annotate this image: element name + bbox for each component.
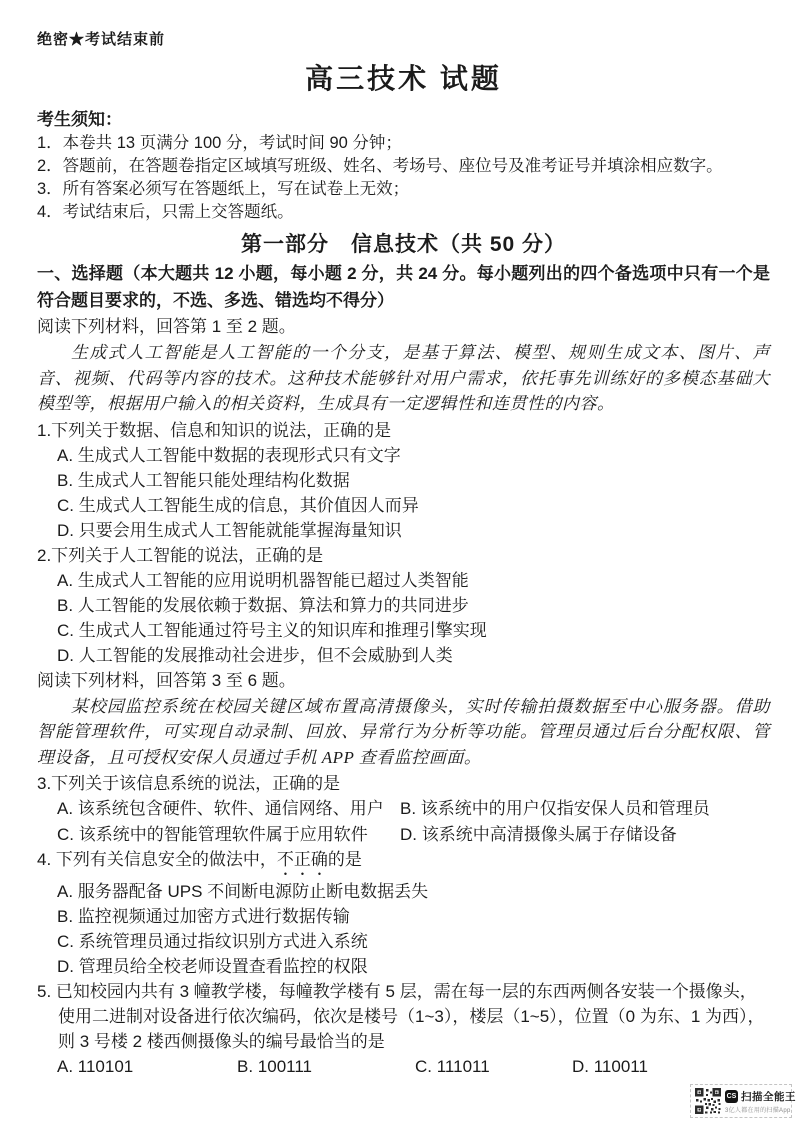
question-3-options-row-1: A. 该系统包含硬件、软件、通信网络、用户 B. 该系统中的用户仅指安保人员和管… (37, 796, 770, 822)
page-content: 绝密★考试结束前 高三技术 试题 考生须知： 1．本卷共 13 页满分 100 … (0, 0, 800, 1080)
material-paragraph-1: 生成式人工智能是人工智能的一个分支，是基于算法、模型、规则生成文本、图片、声音、… (37, 340, 770, 417)
question-4-stem: 4. 下列有关信息安全的做法中，不正确的是 (37, 847, 770, 879)
question-3-options-row-2: C. 该系统中的智能管理软件属于应用软件 D. 该系统中高清摄像头属于存储设备 (37, 822, 770, 848)
question-3: 3.下列关于该信息系统的说法，正确的是 A. 该系统包含硬件、软件、通信网络、用… (37, 771, 770, 847)
reading-intro-2: 阅读下列材料，回答第 3 至 6 题。 (37, 668, 770, 693)
question-5: 5. 已知校园内共有 3 幢教学楼，每幢教学楼有 5 层，需在每一层的东西两侧各… (37, 979, 770, 1080)
question-1-option-d: D. 只要会用生成式人工智能就能掌握海量知识 (37, 518, 770, 543)
question-4-stem-emphasis: 不正确 (277, 850, 328, 869)
question-2-option-a: A. 生成式人工智能的应用说明机器智能已超过人类智能 (37, 568, 770, 593)
question-1-option-a: A. 生成式人工智能中数据的表现形式只有文字 (37, 443, 770, 468)
question-2-stem: 2.下列关于人工智能的说法，正确的是 (37, 543, 770, 568)
watermark-brand-row: CS 扫描全能王 (725, 1089, 787, 1104)
notice-item: 1．本卷共 13 页满分 100 分，考试时间 90 分钟； (37, 132, 770, 155)
question-2-option-c: C. 生成式人工智能通过符号主义的知识库和推理引擎实现 (37, 618, 770, 643)
question-1: 1.下列关于数据、信息和知识的说法，正确的是 A. 生成式人工智能中数据的表现形… (37, 418, 770, 543)
exam-paper-page: 绝密★考试结束前 高三技术 试题 考生须知： 1．本卷共 13 页满分 100 … (0, 0, 800, 1132)
classification-banner: 绝密★考试结束前 (37, 30, 770, 50)
question-1-option-c: C. 生成式人工智能生成的信息，其价值因人而异 (37, 493, 770, 518)
question-3-stem: 3.下列关于该信息系统的说法，正确的是 (37, 771, 770, 796)
multiple-choice-instructions: 一、选择题（本大题共 12 小题，每小题 2 分，共 24 分。每小题列出的四个… (37, 260, 770, 314)
material-paragraph-2: 某校园监控系统在校园关键区域布置高清摄像头，实时传输拍摄数据至中心服务器。借助智… (37, 694, 770, 771)
question-5-stem: 5. 已知校园内共有 3 幢教学楼，每幢教学楼有 5 层，需在每一层的东西两侧各… (37, 979, 770, 1054)
question-1-stem: 1.下列关于数据、信息和知识的说法，正确的是 (37, 418, 770, 443)
question-4-stem-suffix: 的是 (328, 850, 362, 869)
section-heading-part1: 第一部分 信息技术（共 50 分） (37, 230, 770, 260)
question-2-option-b: B. 人工智能的发展依赖于数据、算法和算力的共同进步 (37, 593, 770, 618)
question-4-option-b: B. 监控视频通过加密方式进行数据传输 (37, 904, 770, 929)
watermark-text-block: CS 扫描全能王 3亿人都在用的扫描App (725, 1089, 787, 1114)
question-2: 2.下列关于人工智能的说法，正确的是 A. 生成式人工智能的应用说明机器智能已超… (37, 543, 770, 668)
watermark-app-name: 扫描全能王 (741, 1089, 796, 1104)
notice-item: 3．所有答案必须写在答题纸上，写在试卷上无效； (37, 178, 770, 201)
question-5-option-b: B. 100111 (237, 1054, 415, 1080)
notice-heading: 考生须知： (37, 108, 770, 132)
notice-item: 4．考试结束后，只需上交答题纸。 (37, 201, 770, 224)
question-4: 4. 下列有关信息安全的做法中，不正确的是 A. 服务器配备 UPS 不间断电源… (37, 847, 770, 979)
question-3-option-c: C. 该系统中的智能管理软件属于应用软件 (57, 822, 400, 848)
notice-item: 2．答题前，在答题卷指定区域填写班级、姓名、考场号、座位号及准考证号并填涂相应数… (37, 155, 770, 178)
question-5-option-a: A. 110101 (57, 1054, 237, 1080)
question-5-option-d: D. 110011 (572, 1054, 648, 1080)
camscanner-logo-icon: CS (725, 1090, 738, 1103)
question-1-option-b: B. 生成式人工智能只能处理结构化数据 (37, 468, 770, 493)
question-4-option-a: A. 服务器配备 UPS 不间断电源防止断电数据丢失 (37, 879, 770, 904)
question-3-option-d: D. 该系统中高清摄像头属于存储设备 (400, 822, 770, 848)
reading-intro-1: 阅读下列材料，回答第 1 至 2 题。 (37, 314, 770, 339)
question-2-option-d: D. 人工智能的发展推动社会进步，但不会威胁到人类 (37, 643, 770, 668)
watermark-tagline: 3亿人都在用的扫描App (725, 1105, 787, 1114)
question-5-options-row: A. 110101 B. 100111 C. 111011 D. 110011 (37, 1054, 770, 1080)
question-3-option-b: B. 该系统中的用户仅指安保人员和管理员 (400, 796, 770, 822)
question-4-option-c: C. 系统管理员通过指纹识别方式进入系统 (37, 929, 770, 954)
page-title: 高三技术 试题 (37, 62, 770, 96)
qr-code-icon (695, 1088, 721, 1114)
question-3-option-a: A. 该系统包含硬件、软件、通信网络、用户 (57, 796, 400, 822)
question-4-option-d: D. 管理员给全校老师设置查看监控的权限 (37, 954, 770, 979)
camscanner-watermark: CS 扫描全能王 3亿人都在用的扫描App (690, 1084, 792, 1118)
question-5-option-c: C. 111011 (415, 1054, 572, 1080)
question-4-stem-prefix: 4. 下列有关信息安全的做法中， (37, 850, 277, 869)
